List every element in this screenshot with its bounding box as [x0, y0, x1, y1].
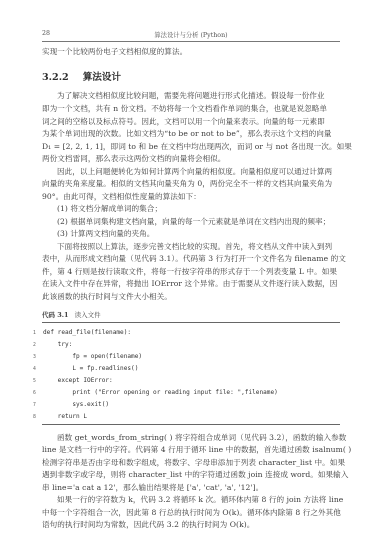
paragraph-line: 件，第 4 行则是按行读取文件，将每一行按字符串的形式存于一个列表变量 L 中。…: [42, 266, 340, 279]
paragraph-line: 表中，从而形成文档向量（见代码 3.1）。代码第 3 行为打开一个文件名为 fi…: [42, 253, 340, 266]
running-header: 28 算法设计与分析 (Python): [42, 28, 340, 40]
paragraph-line: 两份文档雷同，那么表示这两份文档的向量将会相似。: [42, 153, 340, 166]
paragraph-line: 如果一行的字符数为 k，代码 3.2 将循环 k 次。循环体内第 8 行的 jo…: [57, 494, 340, 507]
code-rule-bottom: [42, 424, 340, 425]
paragraph-line: 串 line='a cat a 12'，那么输出结果将是 ['a', 'cat'…: [42, 482, 340, 495]
document-page: 28 算法设计与分析 (Python) 实现一个比较两份电子文档相似度的算法。 …: [0, 0, 390, 546]
paragraph-line: line 是文档一行中的字符。代码第 4 行用于循环 line 中的数据，首先通…: [42, 444, 340, 457]
section-title: 算法设计: [83, 72, 121, 83]
algorithm-step: (2) 根据单词集构建文档向量，向量的每一个元素就是单词在文档内出现的频率；: [57, 216, 340, 229]
paragraph-line: 下面将按照以上算法，逐步完善文档比较的实现。首先，将文档从文件中读入到列: [57, 241, 340, 254]
paragraph-line: 中每一个字符组合一次，因此第 8 行总的执行时间为 O(k)。循环体内除第 8 …: [42, 507, 340, 520]
paragraph-line: 为了解决文档相似度比较问题，需要先将问题进行形式化描述。假设每一份作业: [57, 90, 340, 103]
algorithm-step: (3) 计算两文档向量的夹角。: [57, 228, 340, 241]
code-caption: 代码 3.1读入文件: [42, 310, 101, 319]
running-title: 算法设计与分析 (Python): [42, 30, 340, 39]
paragraph-line: 向量的夹角来度量。相似的文档其向量夹角为 0，两份完全不一样的文档其向量夹角为: [42, 178, 340, 191]
paragraph-line: 语句的执行时间均为常数，因此代码 3.2 的执行时间为 O(k)。: [42, 519, 340, 532]
paragraph-line: 此该函数的执行时间与文件大小相关。: [42, 291, 340, 304]
section-number: 3.2.2: [42, 72, 69, 83]
code-line: 8 return L: [33, 411, 343, 424]
code-caption-label: 代码 3.1: [42, 311, 69, 319]
paragraph-line: 检测字符串是否由字母和数字组成，将数字、字母串添加于列表 character_l…: [42, 457, 340, 470]
paragraph-line: 因此，以上问题便转化为如何计算两个向量的相似度。向量相似度可以通过计算两: [57, 166, 340, 179]
section-heading: 3.2.2算法设计: [42, 69, 121, 83]
paragraph-line: 函数 get_words_from_string( ) 将字符组合成单词（见代码…: [57, 432, 340, 445]
code-caption-title: 读入文件: [75, 311, 101, 319]
paragraph-line: 词之间的空格以及标点符号。因此，文档可以用一个向量来表示。向量的每一元素即: [42, 116, 340, 129]
paragraph-line: 90°。由此可得，文档相似性度量的算法如下：: [42, 191, 340, 204]
code-rule-top: [42, 322, 340, 323]
line-number: 8: [33, 412, 43, 424]
algorithm-step: (1) 将文档分解成单词的集合；: [57, 203, 340, 216]
header-rule: [42, 41, 340, 42]
paragraph-line: 即为一个文档，共有 n 份文档。不妨将每一个文档看作单词的集合，也就是说忽略单: [42, 103, 340, 116]
intro-line: 实现一个比较两份电子文档相似度的算法。: [42, 46, 340, 59]
paragraph-line: D₁ = [2, 2, 1, 1]，即词 to 和 be 在文档中均出现两次，而…: [42, 141, 340, 154]
paragraph-line: 在读入文件中存在异常，将抛出 IOError 这个异常。由于需要从文件逐行读入数…: [42, 278, 340, 291]
paragraph-line: 为某个单词出现的次数。比如文档为“to be or not to be”，那么表…: [42, 128, 340, 141]
paragraph-line: 遇到非数字或字母，则将 character_list 中的字符通过函数 join…: [42, 469, 340, 482]
